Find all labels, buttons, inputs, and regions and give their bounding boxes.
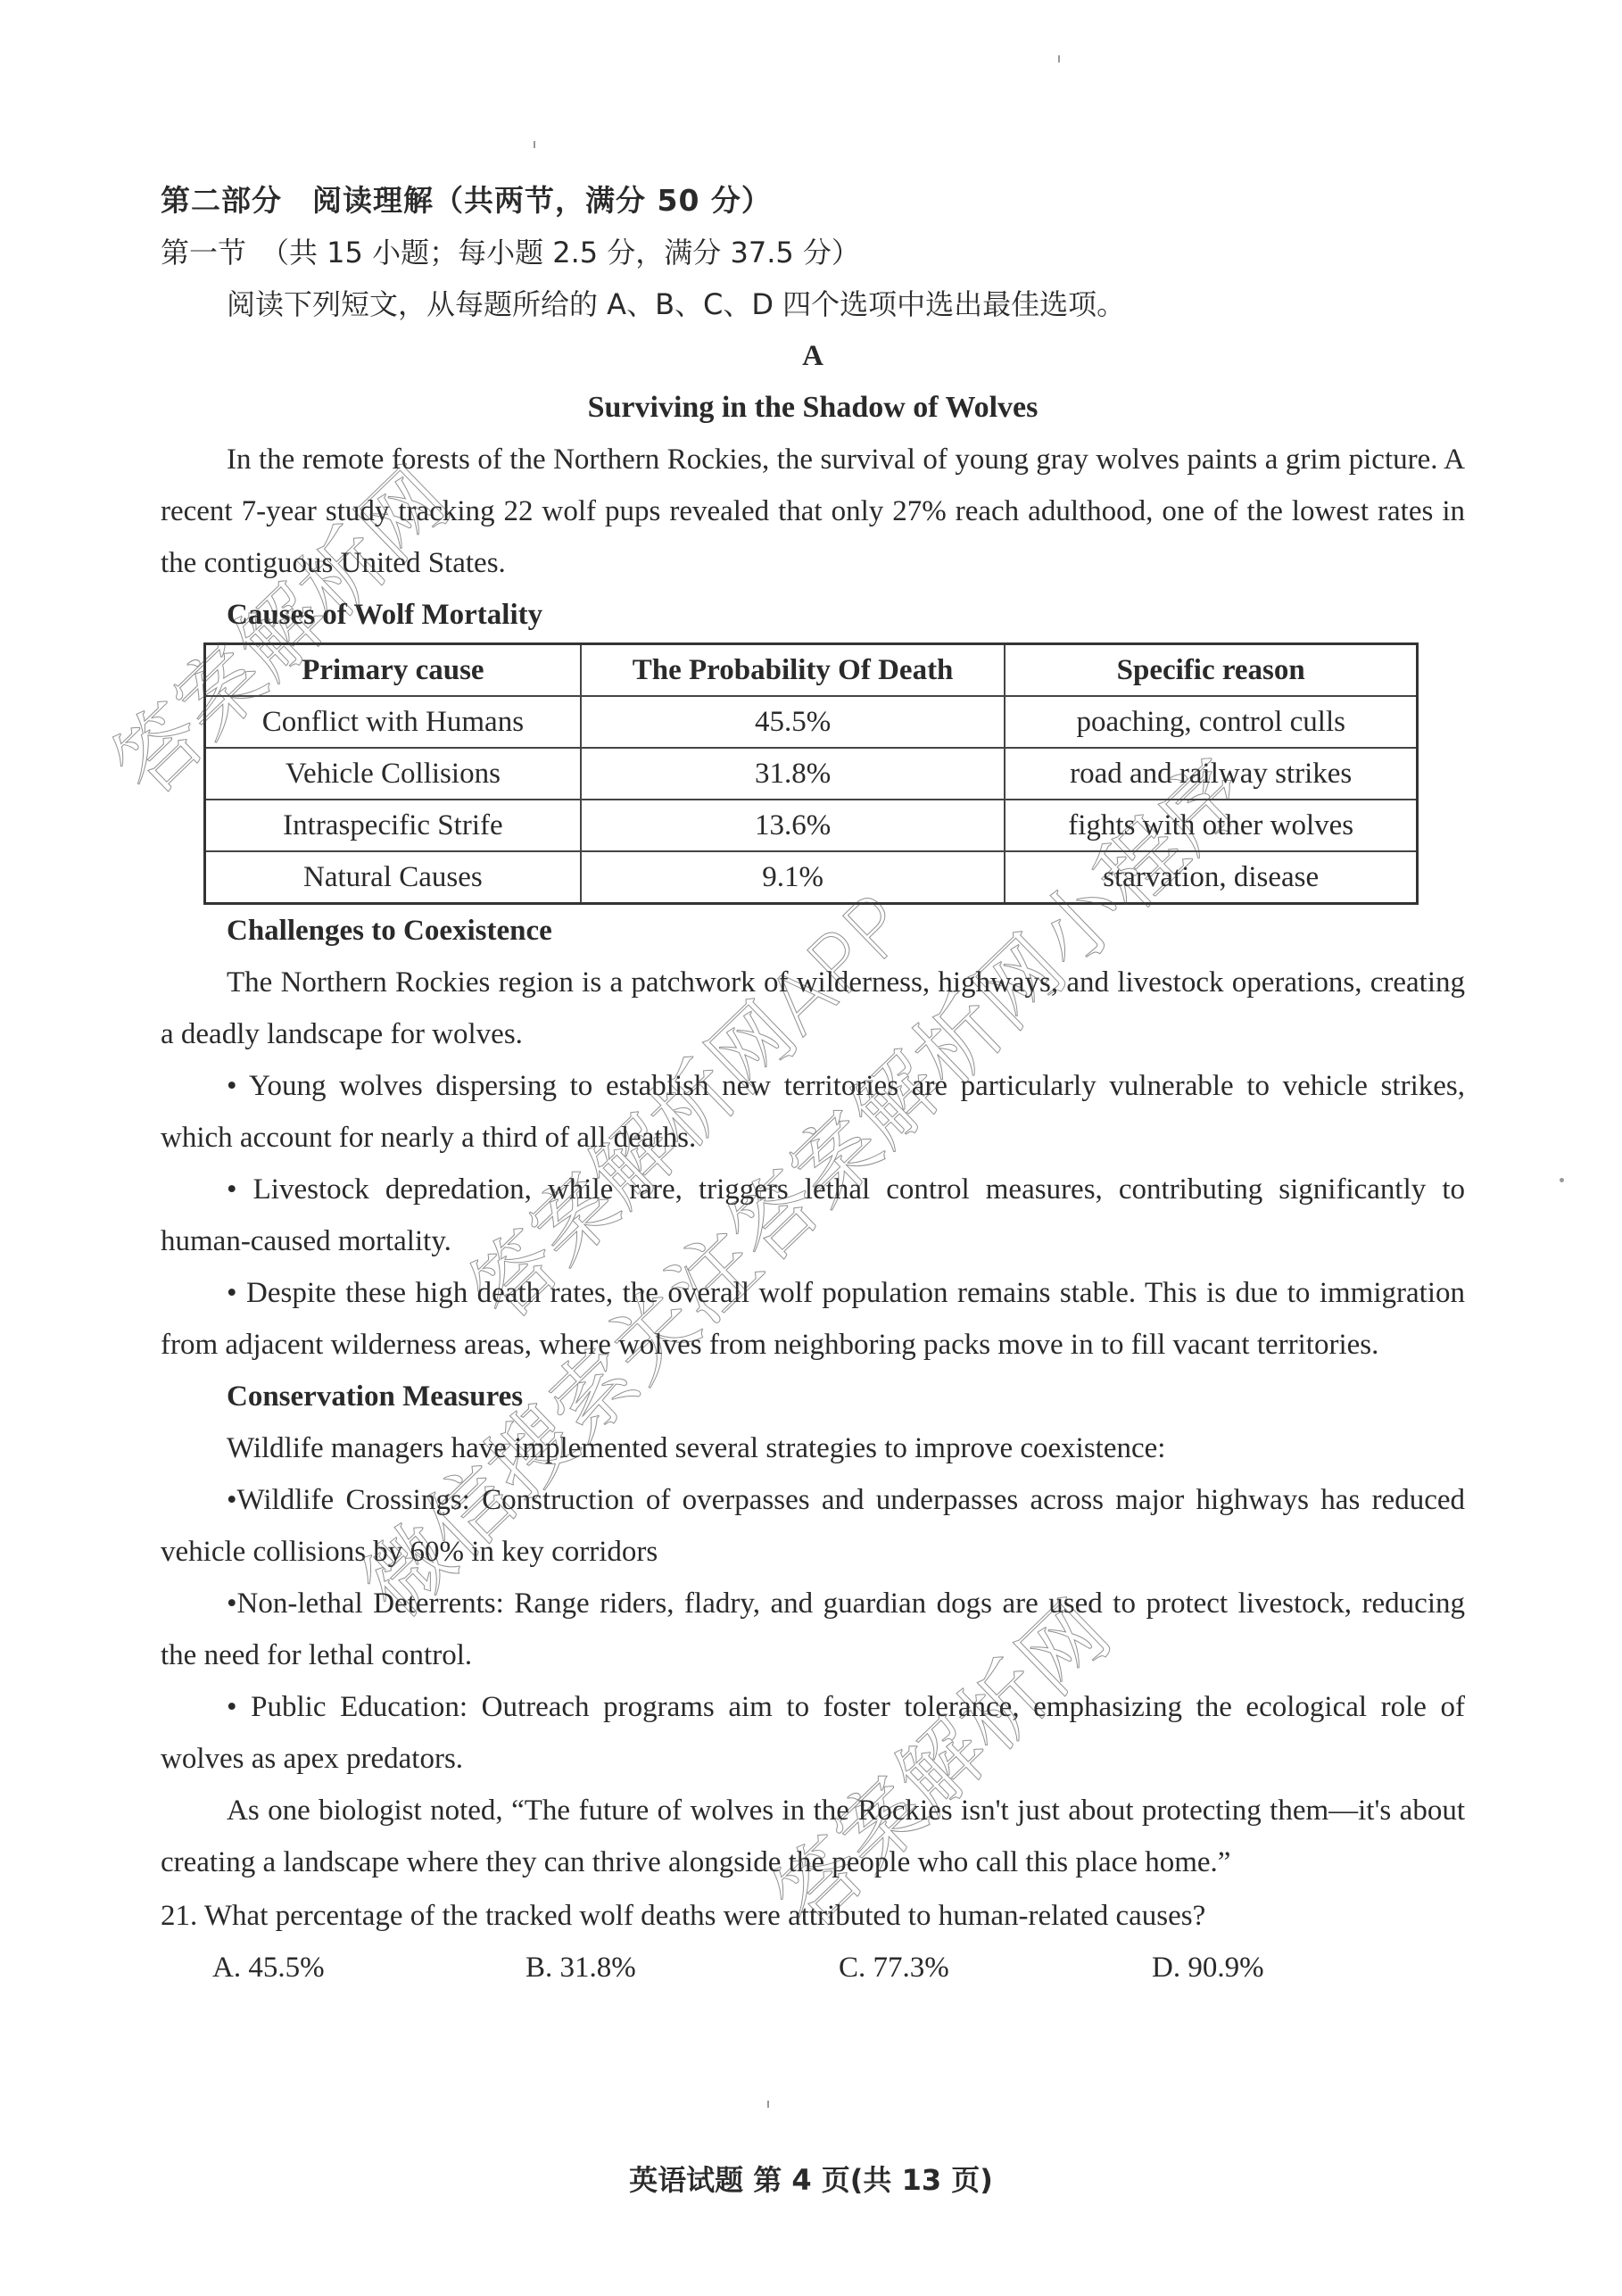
table-cell: 31.8% xyxy=(581,748,1005,800)
table-header-row: Primary cause The Probability Of Death S… xyxy=(205,644,1418,697)
intro-paragraph: In the remote forests of the Northern Ro… xyxy=(161,434,1465,589)
table-cell: 13.6% xyxy=(581,800,1005,851)
passage-title: Surviving in the Shadow of Wolves xyxy=(161,382,1465,434)
column-header: The Probability Of Death xyxy=(581,644,1005,697)
conservation-bullet: •Non-lethal Deterrents: Range riders, fl… xyxy=(161,1578,1465,1681)
table-cell: fights with other wolves xyxy=(1005,800,1417,851)
table-cell: 9.1% xyxy=(581,851,1005,904)
conservation-bullet: • Public Education: Outreach programs ai… xyxy=(161,1681,1465,1785)
mortality-table: Primary cause The Probability Of Death S… xyxy=(203,642,1419,905)
option-b[interactable]: B. 31.8% xyxy=(525,1942,839,1993)
closing-quote-paragraph: As one biologist noted, “The future of w… xyxy=(161,1785,1465,1888)
table-row: Conflict with Humans 45.5% poaching, con… xyxy=(205,696,1418,748)
challenges-intro: The Northern Rockies region is a patchwo… xyxy=(161,957,1465,1060)
option-d[interactable]: D. 90.9% xyxy=(1152,1942,1465,1993)
scan-speck xyxy=(1560,1178,1564,1182)
exam-page: 第二部分 阅读理解（共两节，满分 50 分） 第一节 （共 15 小题；每小题 … xyxy=(161,175,1465,1993)
table-cell: Conflict with Humans xyxy=(205,696,581,748)
challenge-bullet: • Despite these high death rates, the ov… xyxy=(161,1267,1465,1371)
passage-letter: A xyxy=(161,330,1465,382)
table-row: Vehicle Collisions 31.8% road and railwa… xyxy=(205,748,1418,800)
table-cell: Natural Causes xyxy=(205,851,581,904)
table-cell: starvation, disease xyxy=(1005,851,1417,904)
conservation-intro: Wildlife managers have implemented sever… xyxy=(161,1422,1465,1474)
table-row: Intraspecific Strife 13.6% fights with o… xyxy=(205,800,1418,851)
table-cell: Vehicle Collisions xyxy=(205,748,581,800)
conservation-heading: Conservation Measures xyxy=(161,1371,1465,1422)
instruction: 阅读下列短文，从每题所给的 A、B、C、D 四个选项中选出最佳选项。 xyxy=(161,278,1465,330)
answer-options: A. 45.5% B. 31.8% C. 77.3% D. 90.9% xyxy=(161,1942,1465,1993)
subsection-title: 第一节 （共 15 小题；每小题 2.5 分，满分 37.5 分） xyxy=(161,227,1465,278)
challenge-bullet: • Livestock depredation, while rare, tri… xyxy=(161,1164,1465,1267)
question-21: 21. What percentage of the tracked wolf … xyxy=(161,1890,1465,1942)
table-cell: 45.5% xyxy=(581,696,1005,748)
challenge-bullet: • Young wolves dispersing to establish n… xyxy=(161,1060,1465,1164)
table-row: Natural Causes 9.1% starvation, disease xyxy=(205,851,1418,904)
option-a[interactable]: A. 45.5% xyxy=(212,1942,525,1993)
table-cell: poaching, control culls xyxy=(1005,696,1417,748)
table-cell: road and railway strikes xyxy=(1005,748,1417,800)
table-cell: Intraspecific Strife xyxy=(205,800,581,851)
part-title: 第二部分 阅读理解（共两节，满分 50 分） xyxy=(161,175,1465,227)
scan-speck xyxy=(1058,55,1060,62)
page-footer: 英语试题 第 4 页(共 13 页) xyxy=(0,2158,1622,2199)
column-header: Primary cause xyxy=(205,644,581,697)
scan-speck xyxy=(767,2101,769,2108)
option-c[interactable]: C. 77.3% xyxy=(839,1942,1152,1993)
conservation-bullet: •Wildlife Crossings: Construction of ove… xyxy=(161,1474,1465,1578)
column-header: Specific reason xyxy=(1005,644,1417,697)
scan-speck xyxy=(534,141,535,148)
challenges-heading: Challenges to Coexistence xyxy=(161,905,1465,957)
table-title: Causes of Wolf Mortality xyxy=(161,589,1465,641)
